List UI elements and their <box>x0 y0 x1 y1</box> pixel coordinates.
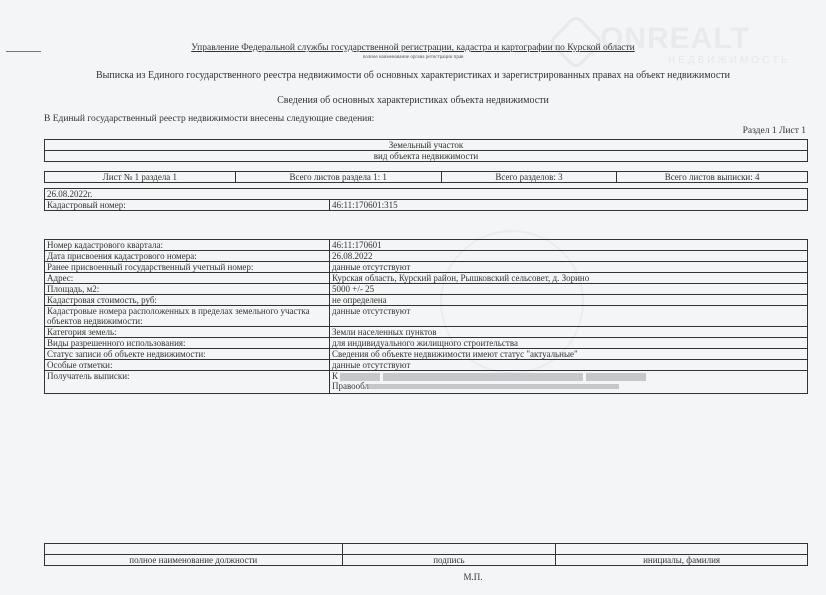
table-row: Ранее присвоенный государственный учетны… <box>45 262 808 273</box>
position-caption: полное наименование должности <box>45 555 343 566</box>
redacted-block <box>383 373 583 381</box>
sheet-number: Лист № 1 раздела 1 <box>45 172 236 183</box>
table-row: Площадь, м2:5000 +/- 25 <box>45 284 808 295</box>
document-subtitle: Сведения об основных характеристиках объ… <box>0 95 826 106</box>
signature-table: полное наименование должности подпись ин… <box>44 543 808 566</box>
section-sheets-count: Всего листов раздела 1: 1 <box>235 172 441 183</box>
table-row: Категория земель:Земли населенных пункто… <box>45 327 808 338</box>
table-row: Виды разрешенного использования:для инди… <box>45 338 808 349</box>
redacted-block <box>340 373 380 381</box>
cadastral-number-label: Кадастровый номер: <box>45 200 330 211</box>
table-row: Особые отметки:данные отсутствуют <box>45 360 808 371</box>
redacted-block <box>586 373 646 381</box>
stamp-place: М.П. <box>0 572 826 582</box>
sheets-table: Лист № 1 раздела 1 Всего листов раздела … <box>44 171 808 183</box>
redacted-block <box>369 384 619 389</box>
agency-name: Управление Федеральной службы государств… <box>0 43 826 53</box>
table-row: Кадастровые номера расположенных в преде… <box>45 306 808 327</box>
intro-text: В Единый государственный реестр недвижим… <box>44 114 374 124</box>
agency-caption: полное наименование органа регистрации п… <box>0 55 826 60</box>
signature-caption: подпись <box>342 555 556 566</box>
table-row: Получатель выписки: К Правообл <box>45 371 808 394</box>
document-title: Выписка из Единого государственного реес… <box>0 70 826 81</box>
total-sheets: Всего листов выписки: 4 <box>617 172 808 183</box>
extract-date: 26.08.2022г. <box>45 189 808 200</box>
table-row: Кадастровая стоимость, руб:не определена <box>45 295 808 306</box>
table-row: Статус записи об объекте недвижимости:Св… <box>45 349 808 360</box>
recipient-value: К Правообл <box>330 371 808 394</box>
details-table: Номер кадастрового квартала:46:11:170601… <box>44 239 808 394</box>
object-type-value: Земельный участок <box>45 140 808 151</box>
cadastral-table: 26.08.2022г. Кадастровый номер: 46:11:17… <box>44 188 808 211</box>
object-type-caption: вид объекта недвижимости <box>45 151 808 162</box>
cadastral-number-value: 46:11:170601:315 <box>330 200 808 211</box>
watermark-logo-icon <box>548 14 605 71</box>
section-label: Раздел 1 Лист 1 <box>743 126 806 136</box>
object-type-table: Земельный участок вид объекта недвижимос… <box>44 139 808 162</box>
table-row: Дата присвоения кадастрового номера:26.0… <box>45 251 808 262</box>
total-sections: Всего разделов: 3 <box>441 172 616 183</box>
table-row: Номер кадастрового квартала:46:11:170601 <box>45 240 808 251</box>
name-caption: инициалы, фамилия <box>556 555 808 566</box>
table-row: Адрес:Курская область, Курский район, Ры… <box>45 273 808 284</box>
